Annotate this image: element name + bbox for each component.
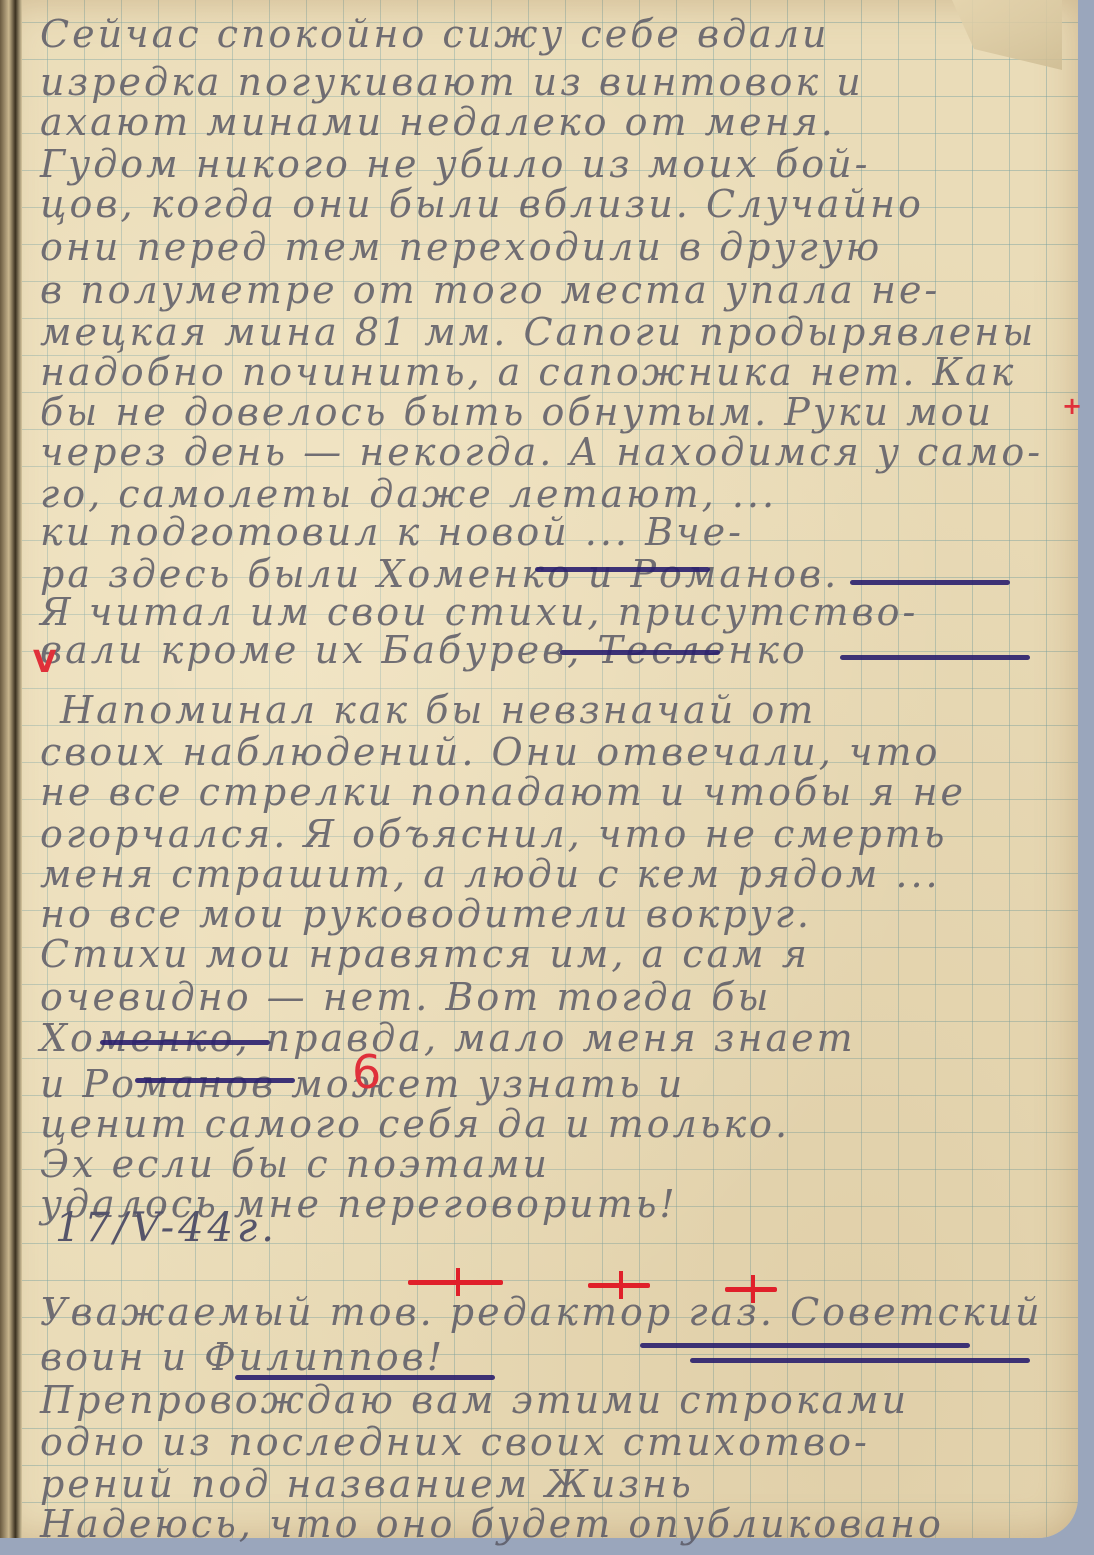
- red-cross-mark: [588, 1283, 650, 1288]
- underline-mark: [235, 1375, 495, 1380]
- text-line: мецкая мина 81 мм. Сапоги продырявлены: [40, 310, 1036, 354]
- text-line: Надеюсь, что оно будет опубликовано: [40, 1502, 944, 1546]
- text-line: рений под названием Жизнь: [40, 1462, 694, 1506]
- text-line: не все стрелки попадают и чтобы я не: [40, 770, 966, 814]
- underline-mark: [135, 1078, 295, 1083]
- text-line: Стихи мои нравятся им, а сам я: [40, 932, 810, 976]
- underline-mark: [640, 1343, 970, 1348]
- underline-mark: [100, 1040, 270, 1045]
- text-line: меня страшит, а люди с кем рядом ...: [40, 852, 941, 896]
- text-line: бы не довелось быть обнутым. Руки мои: [40, 390, 994, 434]
- red-plus-mark: +: [1062, 392, 1082, 420]
- text-line: ки подготовил к новой ... Вче-: [40, 510, 744, 554]
- underline-mark: [850, 580, 1010, 585]
- text-line: Эх если бы с поэтами: [40, 1142, 550, 1186]
- text-line: надобно починить, а сапожника нет. Как: [40, 350, 1016, 394]
- text-line: Сейчас спокойно сижу себе вдали: [40, 12, 830, 56]
- red-checkmark: V: [33, 645, 56, 680]
- underline-mark: [535, 567, 710, 572]
- text-line: в полуметре от того места упала не-: [40, 268, 940, 312]
- red-cross-mark: [725, 1287, 777, 1292]
- text-line: огорчался. Я объяснил, что не смерть: [40, 812, 947, 856]
- text-line: цов, когда они были вблизи. Случайно: [40, 182, 924, 226]
- text-line: Гудом никого не убило из моих бой-: [40, 142, 870, 186]
- text-line: воин и Филиппов!: [40, 1335, 445, 1379]
- text-line: через день — некогда. А находимся у само…: [40, 430, 1043, 474]
- red-digit: 6: [352, 1045, 381, 1099]
- entry-date: 17/V-44г.: [55, 1205, 278, 1251]
- text-line: очевидно — нет. Вот тогда бы: [40, 975, 771, 1019]
- text-line: своих наблюдений. Они отвечали, что: [40, 730, 940, 774]
- text-line: они перед тем переходили в другую: [40, 225, 882, 269]
- notebook-binding: [0, 0, 22, 1538]
- diary-page: Сейчас спокойно сижу себе вдали изредка …: [0, 0, 1078, 1538]
- text-line: Хоменко, правда, мало меня знает: [40, 1016, 856, 1060]
- text-line: но все мои руководители вокруг.: [40, 892, 812, 936]
- text-line: Напоминал как бы невзначай от: [60, 688, 816, 732]
- underline-mark: [560, 650, 720, 655]
- red-cross-mark: [408, 1280, 503, 1285]
- text-line: Уважаемый тов. редактор газ. Советский: [40, 1290, 1043, 1334]
- text-line: изредка погукивают из винтовок и: [40, 60, 864, 104]
- text-line: одно из последних своих стихотво-: [40, 1420, 870, 1464]
- text-line: ахают минами недалеко от меня.: [40, 100, 836, 144]
- text-line: Препровождаю вам этими строками: [40, 1378, 909, 1422]
- underline-mark: [690, 1358, 1030, 1363]
- underline-mark: [840, 655, 1030, 660]
- text-line: ценит самого себя да и только.: [40, 1102, 790, 1146]
- folded-corner: [952, 0, 1062, 70]
